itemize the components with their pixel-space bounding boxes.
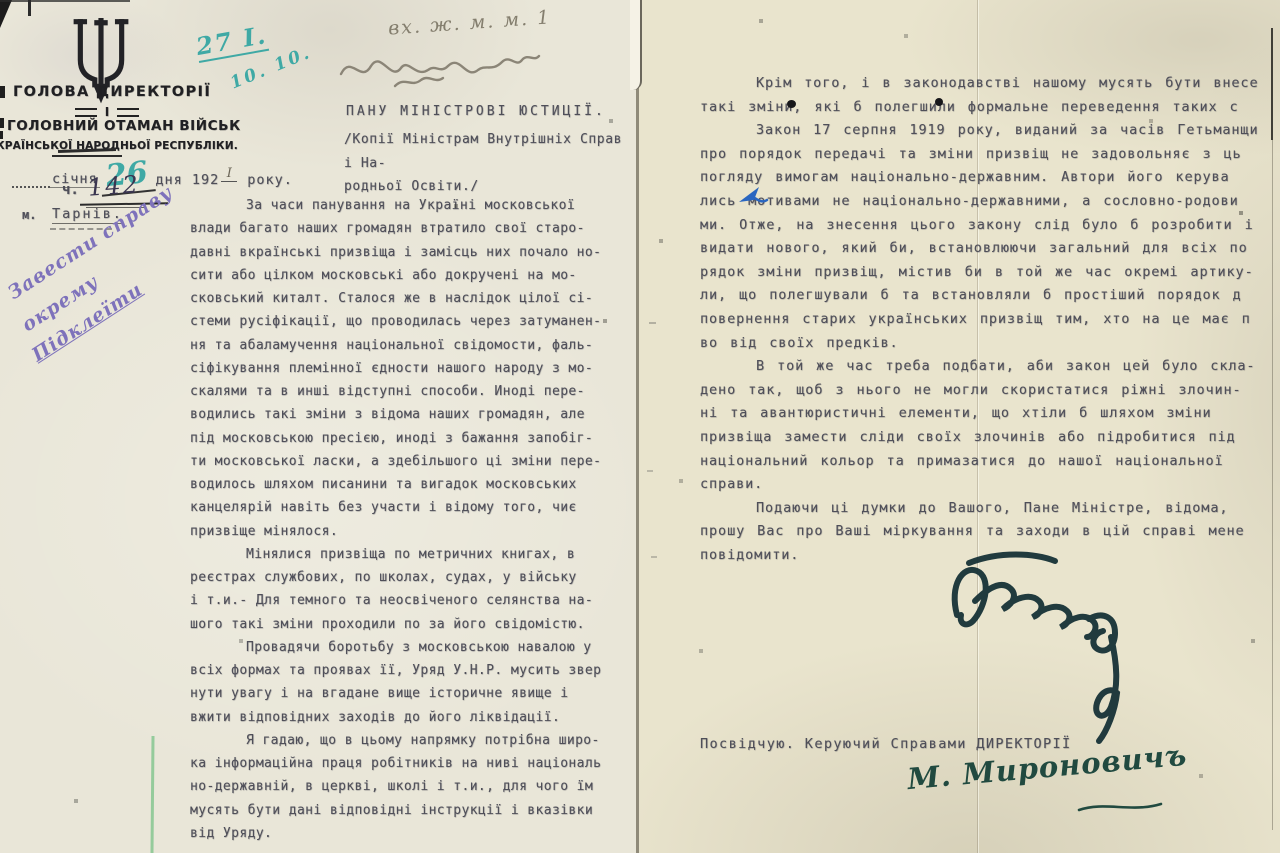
paragraph: За часи панування на Україні московської… — [190, 194, 636, 543]
date-line: січня 26 дня 192 І року. — [12, 158, 293, 188]
letterhead-divider: І — [52, 105, 162, 119]
ink-blot — [787, 100, 796, 108]
divider-letter: І — [105, 105, 109, 119]
document-heading: ПАНУ МІНІСТРОВІ ЮСТИЦІЇ. — [346, 104, 606, 119]
margin-mark — [647, 470, 653, 472]
scan-corner-shadow — [0, 0, 12, 28]
green-margin-line — [150, 736, 154, 853]
letterhead-title-1: ГОЛОВА ДИРЕКТОРІЇ — [13, 84, 211, 100]
blue-arrow-mark — [735, 184, 769, 208]
page-seam — [630, 0, 642, 90]
cut-letter-fragment — [0, 118, 4, 128]
signature-flourish — [1077, 798, 1163, 816]
paragraph: Провадячи боротьбу з московською навалою… — [190, 636, 636, 729]
page-1: ГОЛОВА ДИРЕКТОРІЇ І ГОЛОВНИЙ ОТАМАН ВІЙС… — [0, 0, 636, 853]
teal-date-note: 27 І. — [194, 20, 270, 63]
date-suffix: року. — [237, 172, 293, 188]
pencil-registry-note: вх. ж. м. м. 1 — [387, 6, 551, 39]
doc-number-label: ч. — [62, 182, 79, 198]
doc-number-value: 142 — [87, 170, 141, 202]
paragraph: Крім того, і в законодавстві нашому муся… — [700, 72, 1280, 119]
letterhead-title-2: ГОЛОВНИЙ ОТАМАН ВІЙСЬК — [7, 118, 241, 134]
city-label: м. — [22, 208, 36, 222]
divider-bar — [117, 108, 139, 117]
scan-edge-tick — [28, 0, 31, 16]
cut-letter-fragment — [0, 131, 3, 139]
page1-body-text: За часи панування на Україні московської… — [190, 194, 636, 845]
date-leader — [12, 172, 50, 188]
date-overline — [58, 148, 116, 153]
dust-specks — [0, 0, 2, 2]
paragraph: Закон 17 серпня 1919 року, виданий за ча… — [700, 119, 1280, 355]
ink-blot — [935, 98, 943, 106]
document-scan: ГОЛОВА ДИРЕКТОРІЇ І ГОЛОВНИЙ ОТАМАН ВІЙС… — [0, 0, 1280, 853]
margin-mark — [651, 556, 657, 558]
margin-mark — [649, 322, 656, 324]
paragraph: В той же час треба подбати, аби закон це… — [700, 355, 1280, 497]
document-subheading: /Копії Міністрам Внутрішніх Справ і На- … — [344, 128, 636, 199]
page-2: Крім того, і в законодавстві нашому муся… — [639, 0, 1280, 853]
paragraph: Я гадаю, що в цьому напрямку потрібна ши… — [190, 729, 636, 845]
date-year-handwritten: І — [221, 166, 237, 182]
divider-bar — [75, 108, 97, 117]
cut-letter-fragment — [0, 86, 5, 98]
petliura-signature — [934, 545, 1144, 750]
scan-edge-line — [0, 0, 130, 2]
letterhead-title-3: КРАЇНСЬКОЇ НАРОДНЬОЇ РЕСПУБЛІКИ. — [0, 140, 238, 152]
letterhead-rule — [52, 155, 122, 157]
page2-body-text: Крім того, і в законодавстві нашому муся… — [700, 72, 1280, 567]
paragraph: Мінялися призвіща по метричних книгах, в… — [190, 543, 636, 636]
pencil-scribble — [335, 40, 545, 92]
attestation-line: Посвідчую. Керуючий Справами ДИРЕКТОРІЇ — [700, 736, 1072, 752]
